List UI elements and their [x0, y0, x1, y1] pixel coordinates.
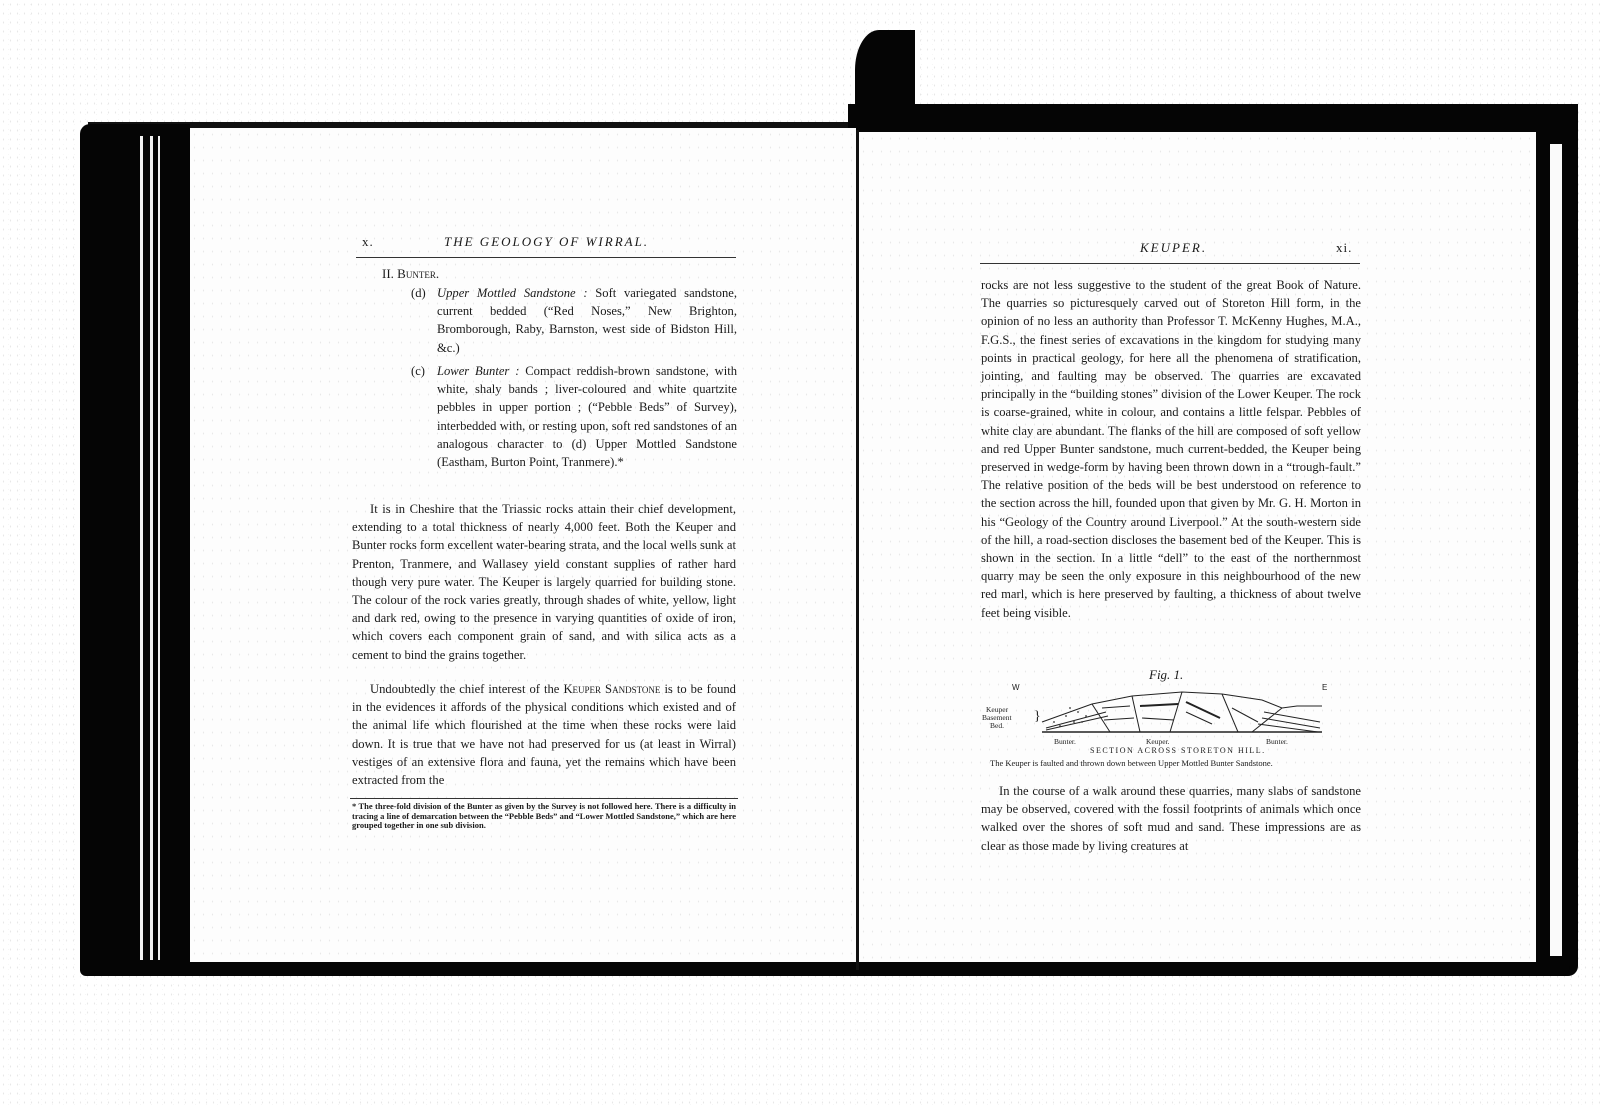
list-item-upper-mottled: (d) Upper Mottled Sandstone : Soft varie… [437, 284, 737, 357]
paragraph-cheshire: It is in Cheshire that the Triassic rock… [352, 500, 736, 664]
west-label: W [1012, 683, 1020, 692]
book-cover-edge [848, 104, 1578, 132]
running-title-text: THE GEOLOGY OF WIRRAL. [444, 234, 649, 249]
footnote: * The three-fold division of the Bunter … [352, 802, 736, 831]
page-number-right: xi. [1336, 240, 1352, 256]
paragraph-footprints: In the course of a walk around these qua… [981, 782, 1361, 855]
paragraph-keuper-interest: Undoubtedly the chief interest of the Ke… [352, 680, 736, 789]
book-cover-bottom [80, 960, 1570, 976]
list-item-lower-bunter: (c) Lower Bunter : Compact reddish-brown… [437, 362, 737, 471]
side-label-bed: Bed. [990, 721, 1004, 730]
book-spine-shadow [855, 30, 915, 130]
page-number-left: x. [362, 234, 374, 250]
item-label: (d) [411, 284, 426, 302]
bottom-label-keuper: Keuper. [1146, 737, 1170, 746]
section-heading: II. Bunter. [382, 266, 439, 282]
paragraph-text: Undoubtedly the chief interest of the [370, 682, 559, 696]
east-label: E [1322, 683, 1327, 692]
book-cover-right [1536, 104, 1578, 976]
storeton-hill-section-diagram: W E Keuper Basement Bed. } Bunter. Keupe… [982, 678, 1352, 754]
book-cover-left [80, 124, 190, 972]
item-term: Upper Mottled Sandstone : [437, 286, 588, 300]
footnote-rule [350, 798, 738, 799]
running-title-text: KEUPER. [1140, 240, 1207, 255]
header-rule-right [980, 263, 1360, 264]
paragraph-text: is to be found in the evidences it affor… [352, 682, 736, 787]
item-text: Compact reddish-brown sandstone, with wh… [437, 364, 737, 469]
keuper-sandstone-term: Keuper Sandstone [563, 682, 660, 696]
item-term: Lower Bunter : [437, 364, 519, 378]
running-title-left: THE GEOLOGY OF WIRRAL. [444, 234, 649, 250]
figure-caption: Section across Storeton Hill. [1090, 746, 1266, 755]
header-rule-left [356, 257, 736, 258]
running-title-right: KEUPER. [1140, 240, 1207, 256]
bottom-label-bunter-west: Bunter. [1054, 737, 1076, 746]
item-label: (c) [411, 362, 425, 380]
figure-note: The Keuper is faulted and thrown down be… [990, 758, 1273, 768]
paragraph-storeton: rocks are not less suggestive to the stu… [981, 276, 1361, 622]
svg-text:}: } [1034, 709, 1041, 724]
bottom-label-bunter-east: Bunter. [1266, 737, 1288, 746]
